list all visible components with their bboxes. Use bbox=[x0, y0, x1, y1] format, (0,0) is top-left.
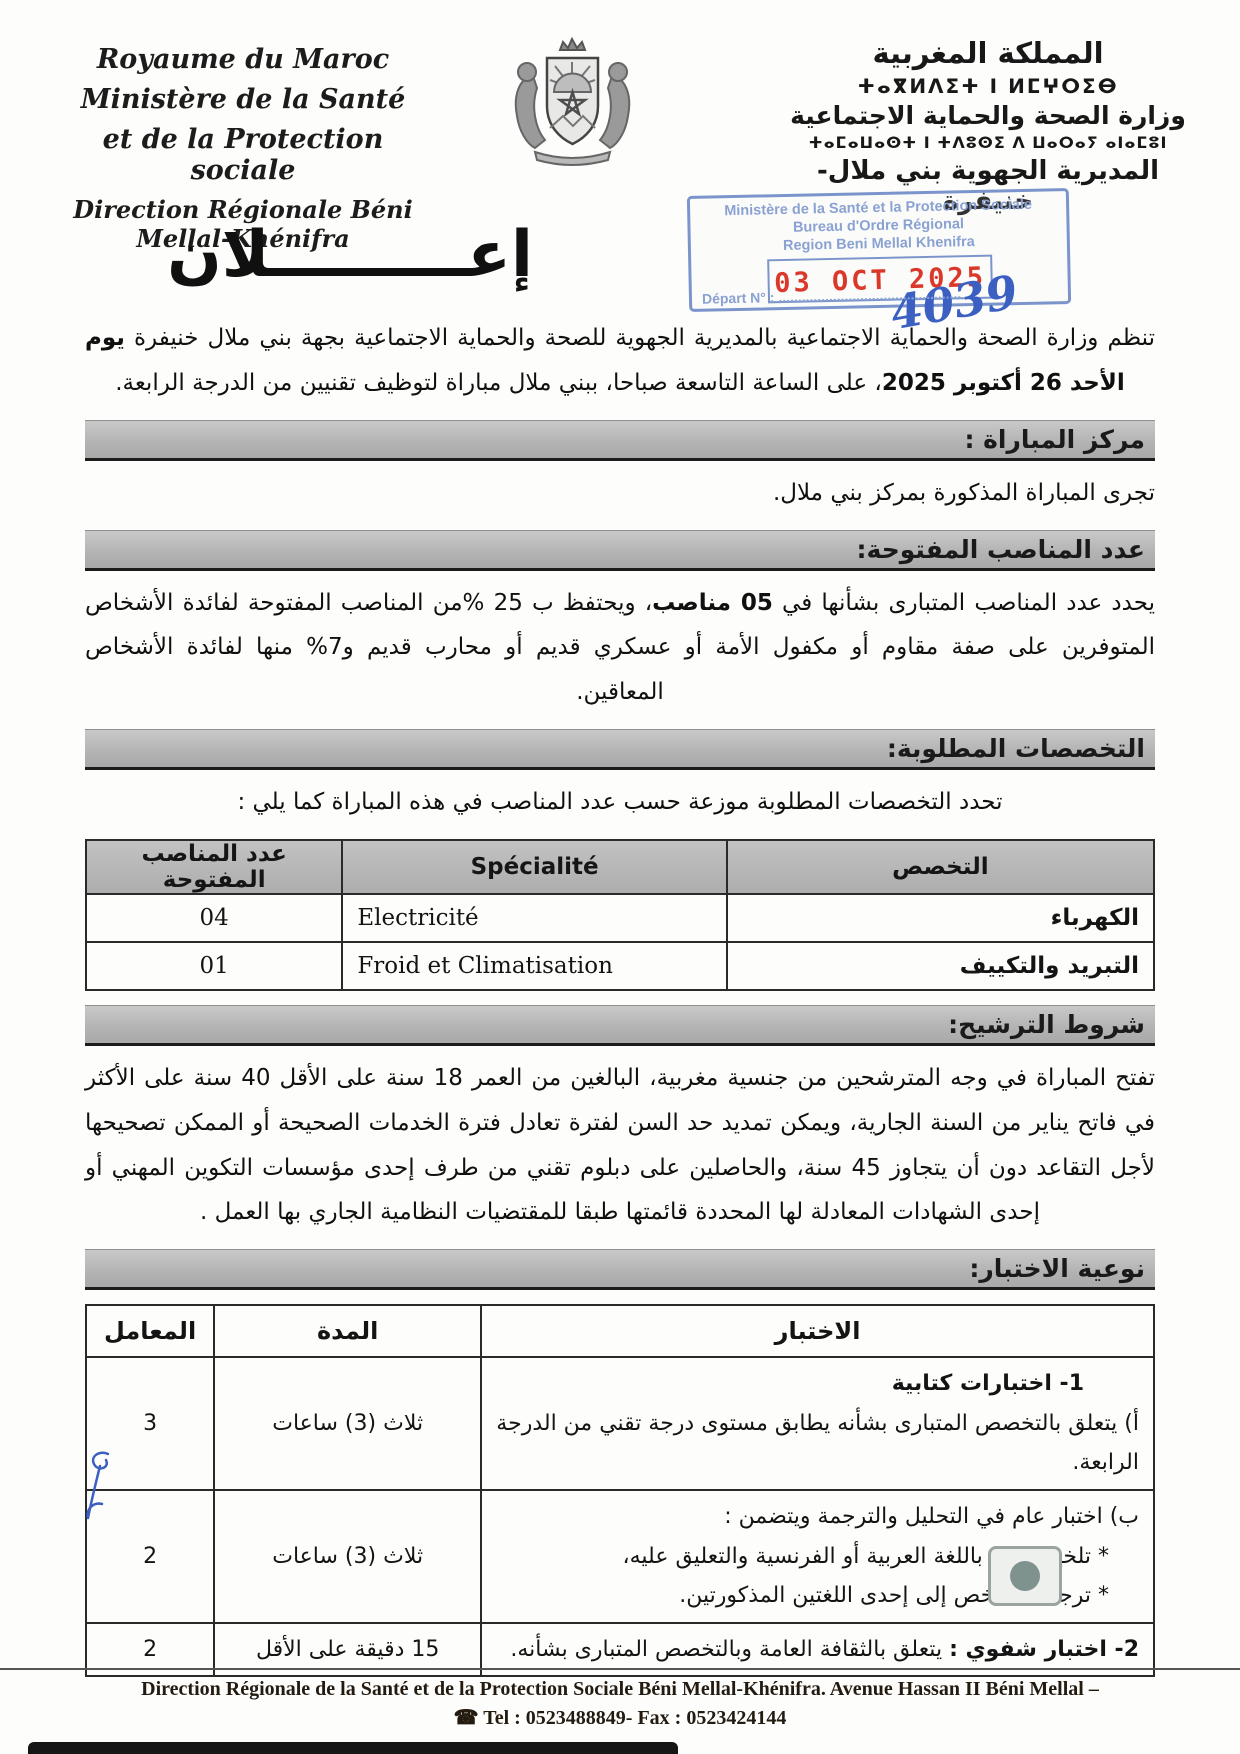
header-ministry-fr-2: et de la Protection sociale bbox=[48, 124, 438, 186]
section-bar-open-posts: عدد المناصب المفتوحة: bbox=[85, 530, 1155, 571]
specialty-ar-electricity: الكهرباء bbox=[727, 894, 1154, 942]
specialties-intro-line: تحدد التخصصات المطلوبة موزعة حسب عدد الم… bbox=[85, 780, 1155, 825]
intro-part1: تنظم وزارة الصحة والحماية الاجتماعية بال… bbox=[125, 325, 1155, 351]
section-title-conditions: شروط الترشيح: bbox=[948, 1010, 1145, 1039]
footer-contact-line: ☎ Tel : 0523488849- Fax : 0523424144 bbox=[0, 1705, 1240, 1730]
posts-count-bold: 05 مناصب bbox=[652, 590, 773, 616]
scan-edge-artifact-bar bbox=[28, 1742, 678, 1754]
exam-header-row: الاختبار المدة المعامل bbox=[86, 1305, 1154, 1357]
written-exam-title: 1- اختبارات كتابية bbox=[496, 1364, 1139, 1404]
specialty-count-froid: 01 bbox=[86, 942, 342, 990]
registry-stamp: Ministère de la Santé et la Protection S… bbox=[687, 188, 1071, 312]
section-title-open-posts: عدد المناصب المفتوحة: bbox=[857, 535, 1145, 564]
intro-paragraph: تنظم وزارة الصحة والحماية الاجتماعية بال… bbox=[85, 316, 1155, 406]
section-bar-conditions: شروط الترشيح: bbox=[85, 1005, 1155, 1046]
section-title-exam-center: مركز المباراة : bbox=[964, 425, 1145, 454]
scanner-lens-icon bbox=[1010, 1561, 1040, 1591]
exam-center-paragraph: تجرى المباراة المذكورة بمركز بني ملال. bbox=[85, 471, 1155, 516]
table-row: التبريد والتكييف Froid et Climatisation … bbox=[86, 942, 1154, 990]
page-title: إعـــــــــلان bbox=[0, 218, 700, 292]
header-ministry-ar: وزارة الصحة والحماية الاجتماعية bbox=[778, 101, 1198, 130]
col-header-takhassus: التخصص bbox=[727, 840, 1154, 894]
moroccan-coat-of-arms bbox=[505, 36, 640, 171]
col-header-specialite: Spécialité bbox=[342, 840, 726, 894]
table-row: 1- اختبارات كتابية أ) يتعلق بالتخصص المت… bbox=[86, 1357, 1154, 1490]
header-kingdom-fr: Royaume du Maroc bbox=[48, 44, 438, 75]
oral-exam-bold: 2- اختبار شفوي : bbox=[949, 1637, 1139, 1662]
section-title-specialties: التخصصات المطلوبة: bbox=[887, 734, 1145, 763]
section-title-exam-type: نوعية الاختبار: bbox=[969, 1254, 1145, 1283]
posts-part1: يحدد عدد المناصب المتبارى بشأنها في bbox=[773, 590, 1155, 616]
section-bar-exam-type: نوعية الاختبار: bbox=[85, 1249, 1155, 1290]
footer-tel-fax: Tel : 0523488849- Fax : 0523424144 bbox=[483, 1707, 786, 1729]
specialty-ar-froid: التبريد والتكييف bbox=[727, 942, 1154, 990]
oral-exam-line: 2- اختبار شفوي : يتعلق بالثقافة العامة و… bbox=[496, 1630, 1139, 1670]
footer-address-line: Direction Régionale de la Santé et de la… bbox=[0, 1678, 1240, 1701]
specialty-fr-electricity: Electricité bbox=[342, 894, 726, 942]
header-kingdom-ar: المملكة المغربية bbox=[778, 36, 1198, 70]
written-exam-cell: 1- اختبارات كتابية أ) يتعلق بالتخصص المت… bbox=[481, 1357, 1154, 1490]
phone-icon: ☎ bbox=[454, 1707, 479, 1729]
oral-exam-rest: يتعلق بالثقافة العامة وبالتخصص المتبارى … bbox=[510, 1637, 949, 1662]
written-exam-line-a: أ) يتعلق بالتخصص المتبارى بشأنه يطابق مس… bbox=[496, 1404, 1139, 1483]
analysis-exam-duration: ثلاث (3) ساعات bbox=[214, 1490, 481, 1623]
col-header-duration: المدة bbox=[214, 1305, 481, 1357]
specialty-fr-froid: Froid et Climatisation bbox=[342, 942, 726, 990]
specialty-count-electricity: 04 bbox=[86, 894, 342, 942]
document-footer: Direction Régionale de la Santé et de la… bbox=[0, 1668, 1240, 1730]
document-body: تنظم وزارة الصحة والحماية الاجتماعية بال… bbox=[85, 300, 1155, 1687]
col-header-count: عدد المناصب المفتوحة bbox=[86, 840, 342, 894]
written-exam-duration: ثلاث (3) ساعات bbox=[214, 1357, 481, 1490]
specialties-header-row: التخصص Spécialité عدد المناصب المفتوحة bbox=[86, 840, 1154, 894]
specialties-table: التخصص Spécialité عدد المناصب المفتوحة ا… bbox=[85, 839, 1155, 991]
col-header-exam: الاختبار bbox=[481, 1305, 1154, 1357]
table-row: الكهرباء Electricité 04 bbox=[86, 894, 1154, 942]
open-posts-paragraph: يحدد عدد المناصب المتبارى بشأنها في 05 م… bbox=[85, 581, 1155, 716]
col-header-coef: المعامل bbox=[86, 1305, 214, 1357]
conditions-paragraph: تفتح المباراة في وجه المترشحين من جنسية … bbox=[85, 1056, 1155, 1235]
header-kingdom-tifinagh: ⵜⴰⴳⵍⴷⵉⵜ ⵏ ⵍⵎⵖⵔⵉⴱ bbox=[778, 74, 1198, 98]
scanner-watermark-box bbox=[988, 1546, 1062, 1606]
analysis-exam-line-b: ب) اختبار عام في التحليل والترجمة ويتضمن… bbox=[496, 1497, 1139, 1537]
exam-table: الاختبار المدة المعامل 1- اختبارات كتابي… bbox=[85, 1304, 1155, 1677]
announcement-document: Royaume du Maroc Ministère de la Santé e… bbox=[0, 0, 1240, 1754]
section-bar-exam-center: مركز المباراة : bbox=[85, 420, 1155, 461]
scanner-watermark-icon bbox=[988, 1546, 1062, 1606]
header-ministry-fr: Ministère de la Santé bbox=[48, 84, 438, 115]
intro-part2: ، على الساعة التاسعة صباحا، ببني ملال مب… bbox=[115, 370, 882, 396]
handwritten-signature-mark bbox=[70, 1448, 130, 1523]
section-bar-specialties: التخصصات المطلوبة: bbox=[85, 729, 1155, 770]
header-ministry-tifinagh: ⵜⴰⵎⴰⵡⴰⵙⵜ ⵏ ⵜⴷⵓⵙⵉ ⴷ ⵡⴰⵔⴰⵢ ⴰⵏⴰⵎⵓⵏ bbox=[778, 133, 1198, 152]
